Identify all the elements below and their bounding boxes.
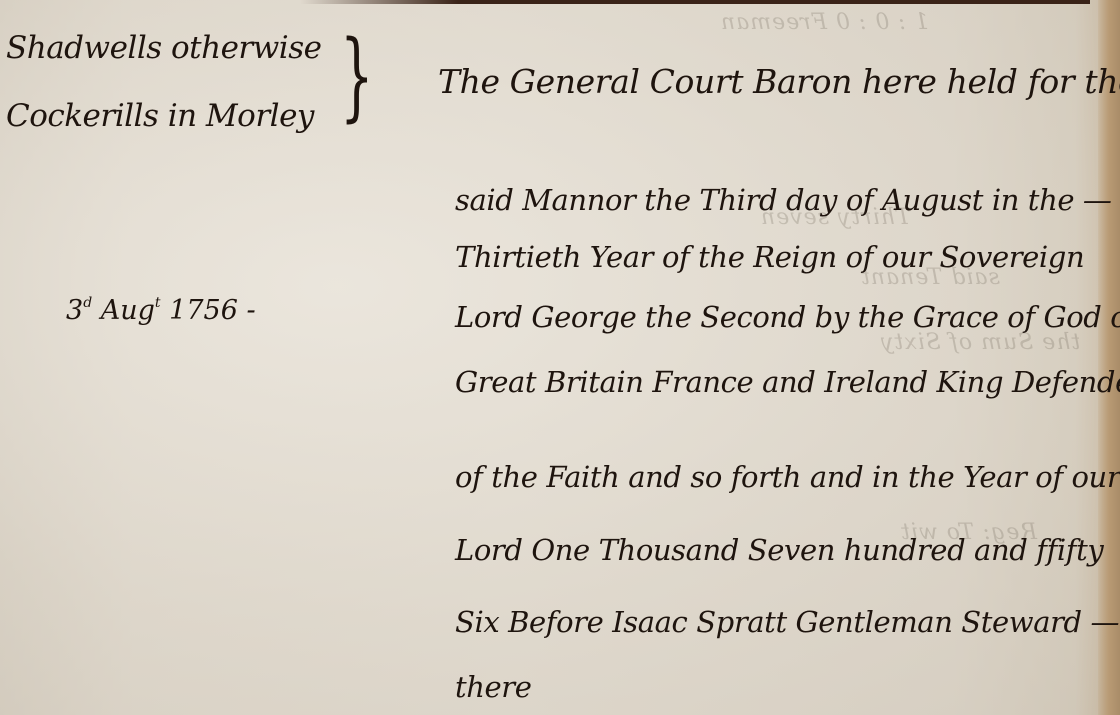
margin-date: 3d Augt 1756 - [66, 295, 256, 326]
body-line: there [455, 670, 532, 704]
margin-heading-line-2: Cockerills in Morley [6, 98, 314, 134]
body-line: said Mannor the Third day of August in t… [455, 183, 1112, 217]
body-line: Lord George the Second by the Grace of G… [455, 300, 1120, 334]
date-month-suffix: t [155, 295, 161, 311]
margin-brace: } [340, 28, 374, 124]
body-line: Thirtieth Year of the Reign of our Sover… [455, 240, 1084, 274]
body-line: Lord One Thousand Seven hundred and ffif… [455, 533, 1103, 567]
date-year: 1756 - [169, 295, 255, 326]
bleed-through-text: 1 : 0 : 0 Freeman [720, 10, 929, 35]
date-day: 3 [66, 295, 83, 326]
body-line: Six Before Isaac Spratt Gentleman Stewar… [455, 605, 1119, 639]
manuscript-page: 1 : 0 : 0 Freeman Thirty seven said Tena… [0, 0, 1120, 715]
margin-heading-line-1: Shadwells otherwise [6, 30, 321, 66]
page-top-edge [300, 0, 1090, 4]
date-day-suffix: d [83, 295, 92, 311]
body-line: Great Britain France and Ireland King De… [455, 365, 1120, 399]
date-month: Aug [101, 295, 155, 326]
body-line: of the Faith and so forth and in the Yea… [455, 460, 1120, 494]
body-line: The General Court Baron here held for th… [438, 62, 1120, 101]
